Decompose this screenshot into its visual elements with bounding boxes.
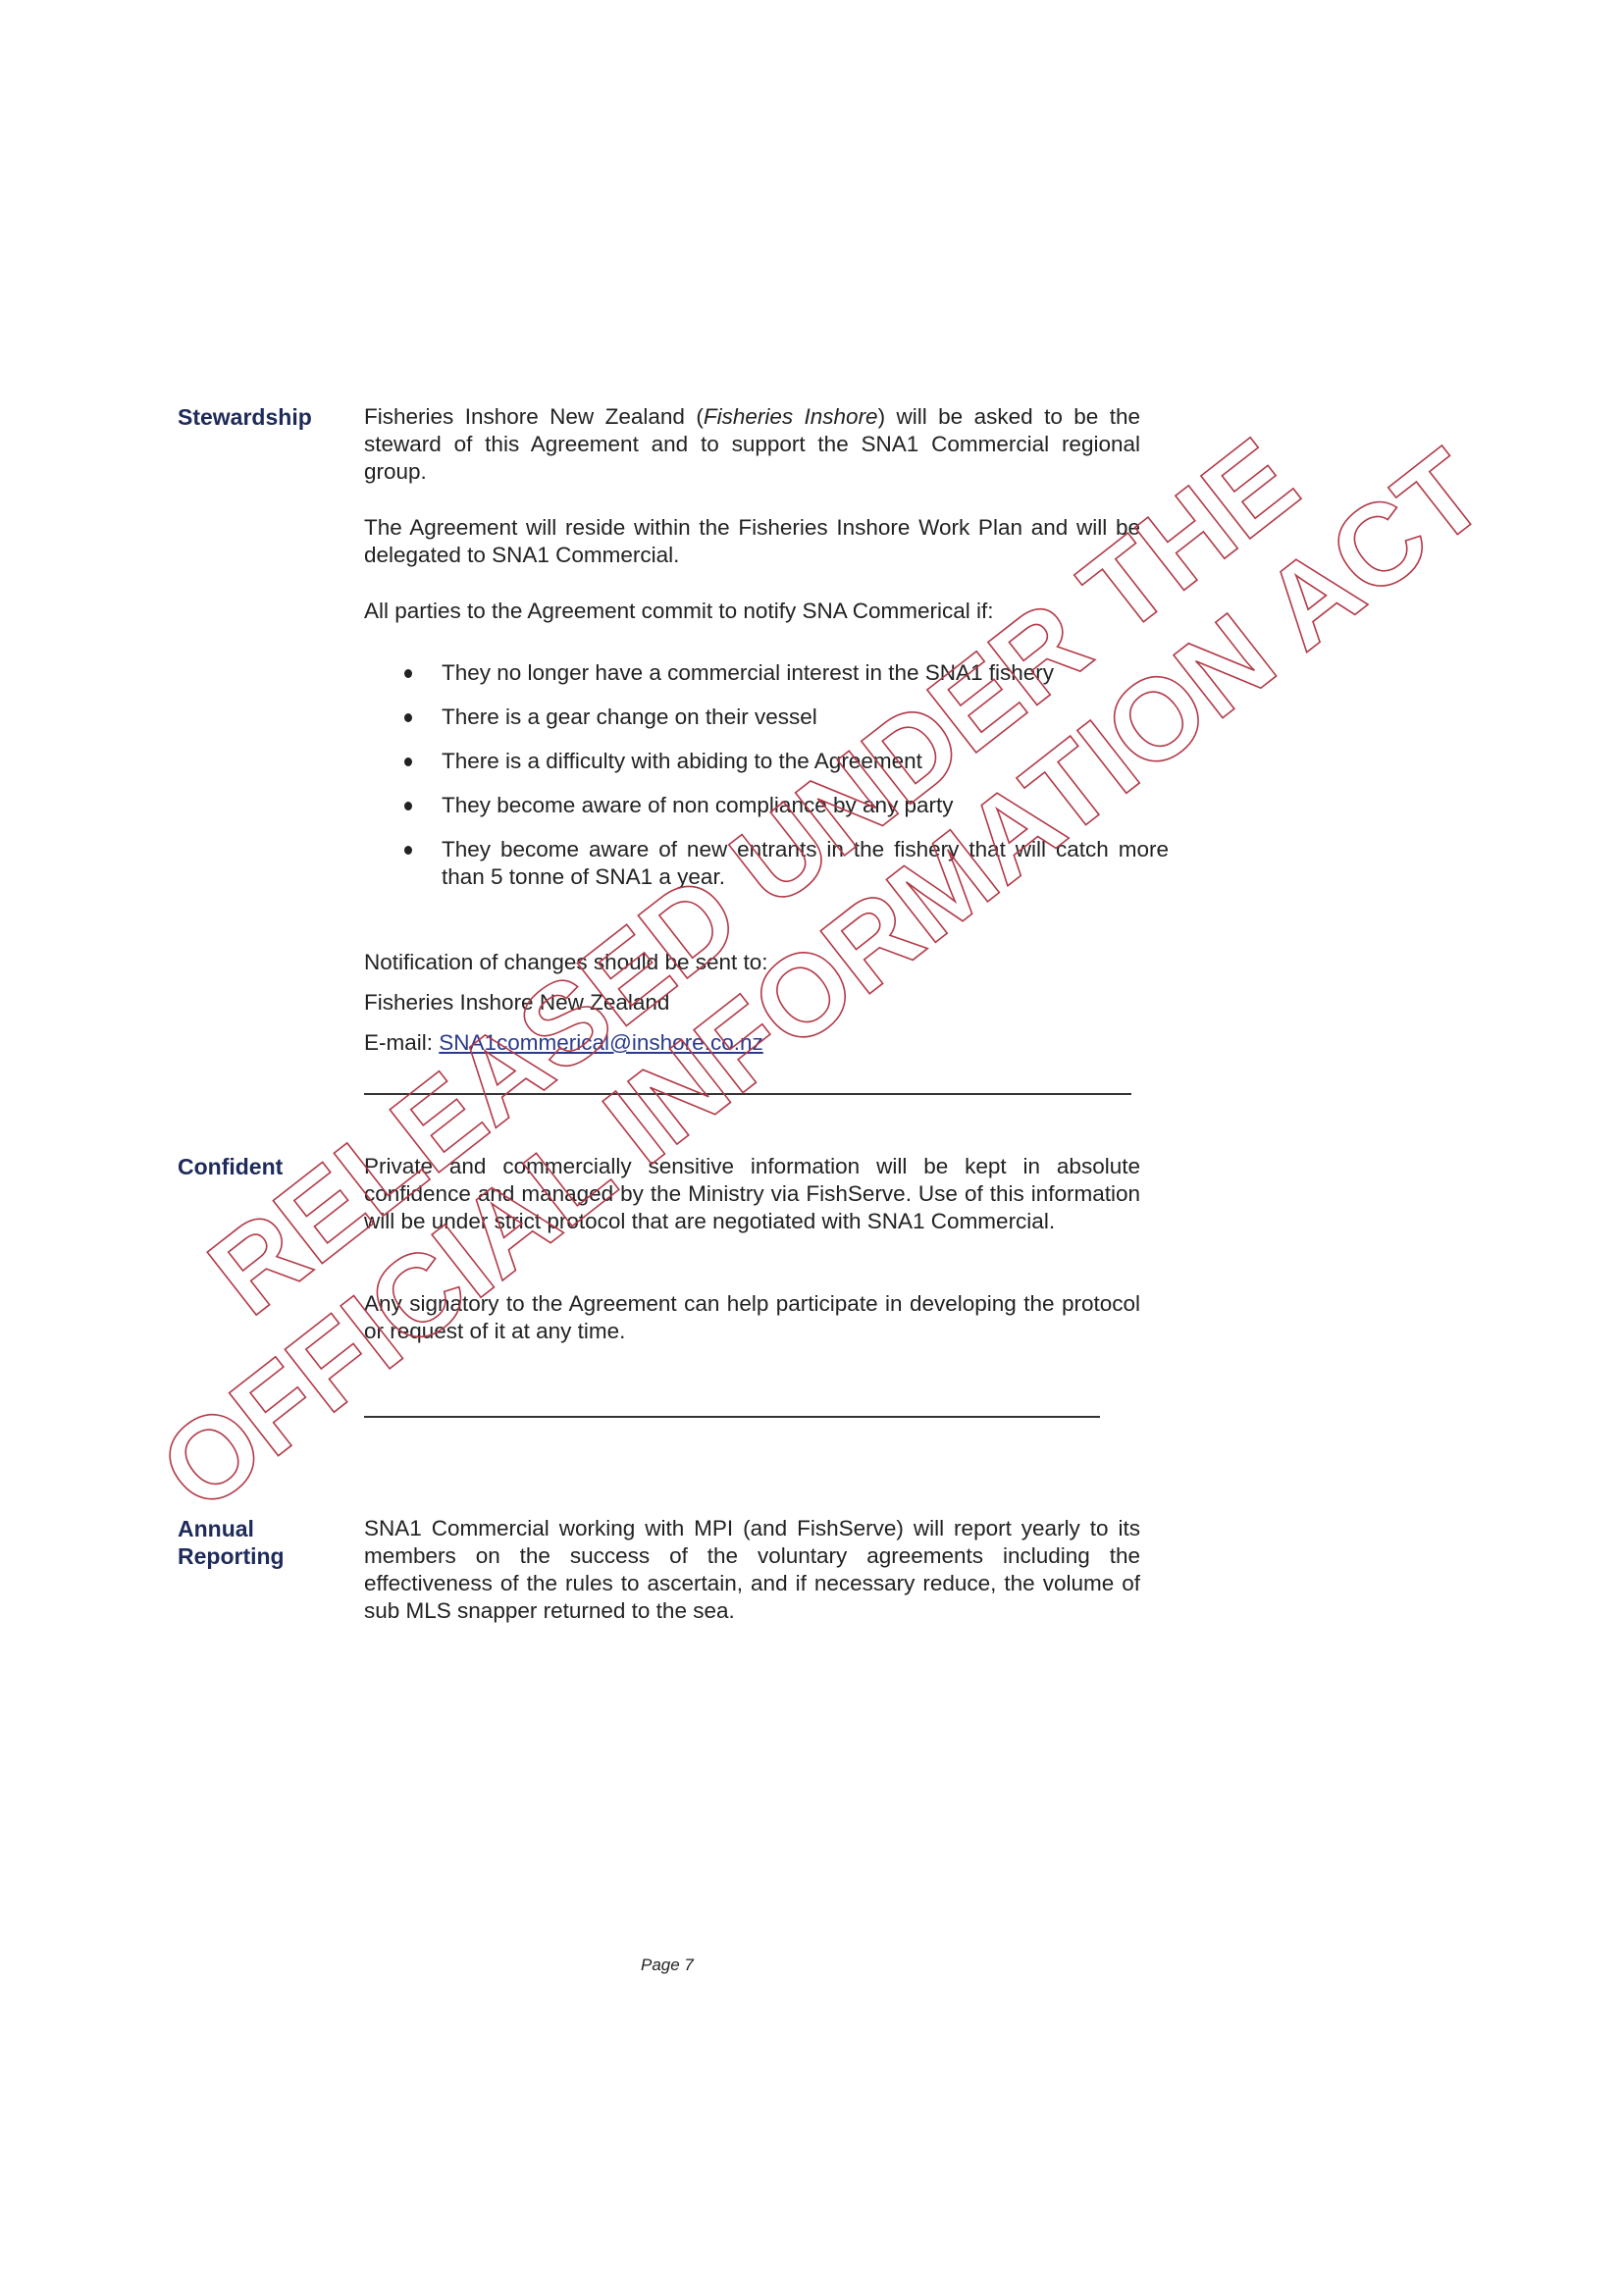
list-item: They become aware of non compliance by a…	[364, 792, 1169, 819]
list-item: They no longer have a commercial interes…	[364, 659, 1169, 687]
bullet-icon	[404, 757, 412, 766]
bullet-icon	[404, 669, 412, 678]
list-item-text: They no longer have a commercial interes…	[442, 660, 1054, 685]
text: Any signatory to the Agreement can help …	[364, 1290, 1140, 1345]
email-label: E-mail:	[364, 1030, 439, 1055]
organisation-name: Fisheries Inshore New Zealand	[364, 989, 669, 1017]
bullet-icon	[404, 846, 412, 855]
confident-paragraph-1: Private and commercially sensitive infor…	[364, 1153, 1140, 1235]
stewardship-paragraph-2: The Agreement will reside within the Fis…	[364, 514, 1140, 569]
watermark-line-2: OFFICIAL INFORMATION ACT	[137, 426, 1508, 1537]
notification-text: Notification of changes should be sent t…	[364, 949, 768, 976]
notify-conditions-list: They no longer have a commercial interes…	[364, 659, 1169, 908]
email-link[interactable]: SNA1commerical@inshore.co.nz	[439, 1030, 762, 1055]
list-item-text: There is a gear change on their vessel	[442, 704, 817, 729]
email-line: E-mail: SNA1commerical@inshore.co.nz	[364, 1029, 763, 1057]
section-label-annual-reporting: Annual Reporting	[178, 1515, 285, 1570]
document-page: Stewardship Fisheries Inshore New Zealan…	[0, 0, 1623, 2296]
list-item-text: There is a difficulty with abiding to th…	[442, 749, 922, 773]
label-line: Reporting	[178, 1542, 285, 1570]
list-item-text: They become aware of non compliance by a…	[442, 793, 954, 817]
page-number: Page 7	[641, 1956, 694, 1975]
bullet-icon	[404, 713, 412, 722]
list-item-text: They become aware of new entrants in the…	[442, 837, 1169, 889]
text: The Agreement will reside within the Fis…	[364, 514, 1140, 569]
label-line: Annual	[178, 1515, 285, 1542]
section-divider	[364, 1093, 1131, 1095]
list-item: They become aware of new entrants in the…	[364, 836, 1169, 891]
italic-term: Fisheries Inshore	[704, 404, 878, 429]
list-item: There is a difficulty with abiding to th…	[364, 748, 1169, 775]
text: SNA1 Commercial working with MPI (and Fi…	[364, 1515, 1140, 1625]
released-watermark-stamp: RELEASED UNDER THE OFFICIAL INFORMATION …	[0, 0, 1623, 2296]
confident-paragraph-2: Any signatory to the Agreement can help …	[364, 1290, 1140, 1345]
stewardship-paragraph-3: All parties to the Agreement commit to n…	[364, 598, 1140, 625]
annual-reporting-paragraph: SNA1 Commercial working with MPI (and Fi…	[364, 1515, 1140, 1625]
stewardship-paragraph-1: Fisheries Inshore New Zealand (Fisheries…	[364, 403, 1140, 486]
text: All parties to the Agreement commit to n…	[364, 598, 1140, 625]
section-label-stewardship: Stewardship	[178, 403, 312, 431]
bullet-icon	[404, 802, 412, 810]
text: Fisheries Inshore New Zealand (	[364, 404, 704, 429]
text: Private and commercially sensitive infor…	[364, 1153, 1140, 1235]
section-label-confident: Confident	[178, 1153, 283, 1180]
list-item: There is a gear change on their vessel	[364, 704, 1169, 731]
section-divider	[364, 1416, 1100, 1418]
